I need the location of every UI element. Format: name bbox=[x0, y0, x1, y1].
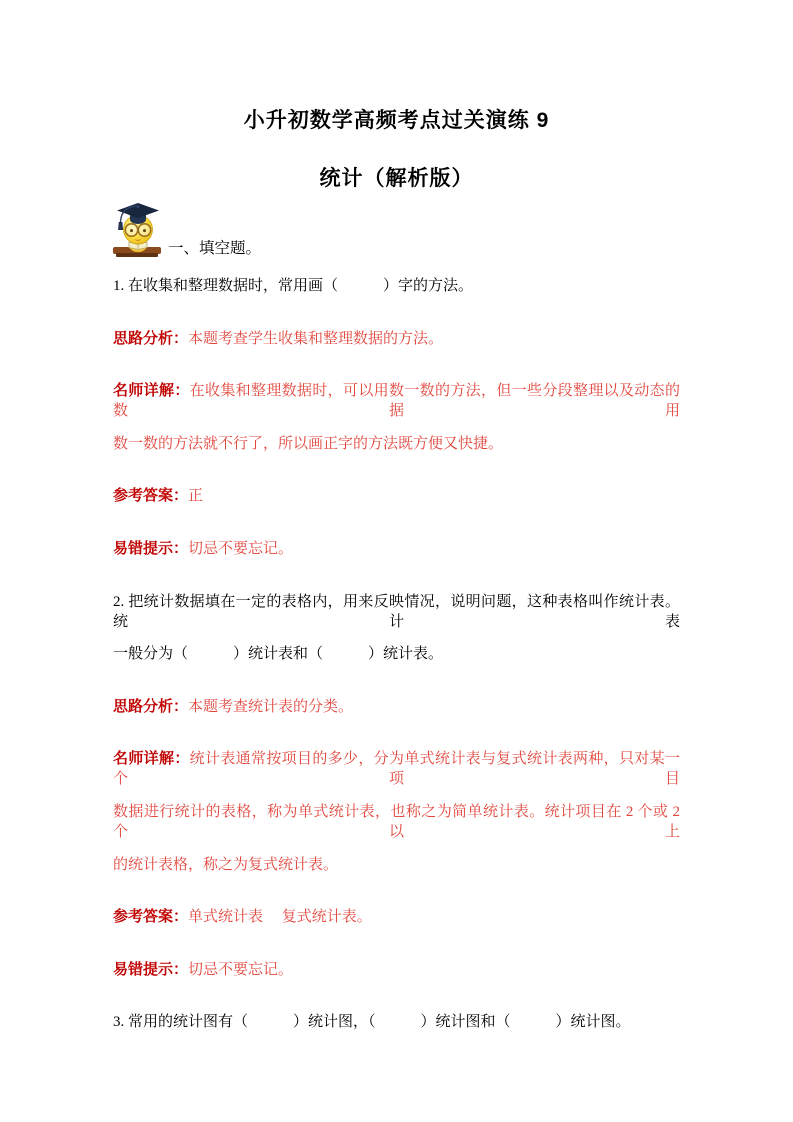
analysis-label: 思路分析： bbox=[113, 331, 188, 347]
answer-text: 正 bbox=[188, 488, 203, 504]
question-cont-text: 一般分为（ ）统计表和（ ）统计表。 bbox=[113, 646, 443, 662]
analysis-line: 思路分析：本题考查统计表的分类。 bbox=[113, 697, 680, 750]
page-subtitle: 统计（解析版） bbox=[0, 162, 793, 192]
explanation-line: 名师详解：统计表通常按项目的多少，分为单式统计表与复式统计表两种，只对某一个项目 bbox=[113, 749, 680, 802]
explanation-cont-text: 的统计表格，称之为复式统计表。 bbox=[113, 857, 338, 873]
question-line: 1. 在收集和整理数据时，常用画（ ）字的方法。 bbox=[113, 276, 680, 329]
question-line: 2. 把统计数据填在一定的表格内，用来反映情况，说明问题，这种表格叫作统计表。统… bbox=[113, 592, 680, 645]
explanation-cont-text: 数据进行统计的表格，称为单式统计表，也称之为简单统计表。统计项目在 2 个或 2… bbox=[113, 804, 680, 840]
document-body: 1. 在收集和整理数据时，常用画（ ）字的方法。思路分析：本题考查学生收集和整理… bbox=[113, 276, 680, 1065]
section-header-row: 一、填空题。 bbox=[112, 202, 261, 260]
explanation-text: 在收集和整理数据时，可以用数一数的方法，但一些分段整理以及动态的数据用 bbox=[113, 383, 680, 419]
explanation-cont-line: 数据进行统计的表格，称为单式统计表，也称之为简单统计表。统计项目在 2 个或 2… bbox=[113, 802, 680, 855]
page-title: 小升初数学高频考点过关演练 9 bbox=[0, 104, 793, 134]
explanation-cont-text: 数一数的方法就不行了，所以画正字的方法既方便又快捷。 bbox=[113, 436, 503, 452]
question-text: 3. 常用的统计图有（ ）统计图，（ ）统计图和（ ）统计图。 bbox=[113, 1014, 631, 1030]
explanation-label: 名师详解： bbox=[113, 383, 190, 399]
explanation-cont-line: 的统计表格，称之为复式统计表。 bbox=[113, 855, 680, 908]
analysis-text: 本题考查学生收集和整理数据的方法。 bbox=[188, 331, 443, 347]
tip-line: 易错提示：切忌不要忘记。 bbox=[113, 960, 680, 1013]
question-cont-line: 一般分为（ ）统计表和（ ）统计表。 bbox=[113, 644, 680, 697]
tip-line: 易错提示：切忌不要忘记。 bbox=[113, 539, 680, 592]
tip-label: 易错提示： bbox=[113, 962, 188, 978]
answer-text: 单式统计表 复式统计表。 bbox=[188, 909, 372, 925]
answer-label: 参考答案： bbox=[113, 909, 188, 925]
question-text: 1. 在收集和整理数据时，常用画（ ）字的方法。 bbox=[113, 278, 473, 294]
answer-label: 参考答案： bbox=[113, 488, 188, 504]
document-page: 小升初数学高频考点过关演练 9 统计（解析版） bbox=[0, 0, 793, 1122]
tip-label: 易错提示： bbox=[113, 541, 188, 557]
analysis-line: 思路分析：本题考查学生收集和整理数据的方法。 bbox=[113, 329, 680, 382]
analysis-text: 本题考查统计表的分类。 bbox=[188, 699, 353, 715]
tip-text: 切忌不要忘记。 bbox=[188, 962, 293, 978]
section-header: 一、填空题。 bbox=[168, 239, 261, 259]
explanation-cont-line: 数一数的方法就不行了，所以画正字的方法既方便又快捷。 bbox=[113, 434, 680, 487]
explanation-label: 名师详解： bbox=[113, 751, 190, 767]
answer-line: 参考答案：正 bbox=[113, 486, 680, 539]
tip-text: 切忌不要忘记。 bbox=[188, 541, 293, 557]
scholar-graduate-icon bbox=[112, 202, 164, 260]
question-text: 2. 把统计数据填在一定的表格内，用来反映情况，说明问题，这种表格叫作统计表。统… bbox=[113, 594, 680, 630]
answer-line: 参考答案：单式统计表 复式统计表。 bbox=[113, 907, 680, 960]
question-line: 3. 常用的统计图有（ ）统计图，（ ）统计图和（ ）统计图。 bbox=[113, 1012, 680, 1065]
analysis-label: 思路分析： bbox=[113, 699, 188, 715]
explanation-text: 统计表通常按项目的多少，分为单式统计表与复式统计表两种，只对某一个项目 bbox=[113, 751, 680, 787]
explanation-line: 名师详解：在收集和整理数据时，可以用数一数的方法，但一些分段整理以及动态的数据用 bbox=[113, 381, 680, 434]
